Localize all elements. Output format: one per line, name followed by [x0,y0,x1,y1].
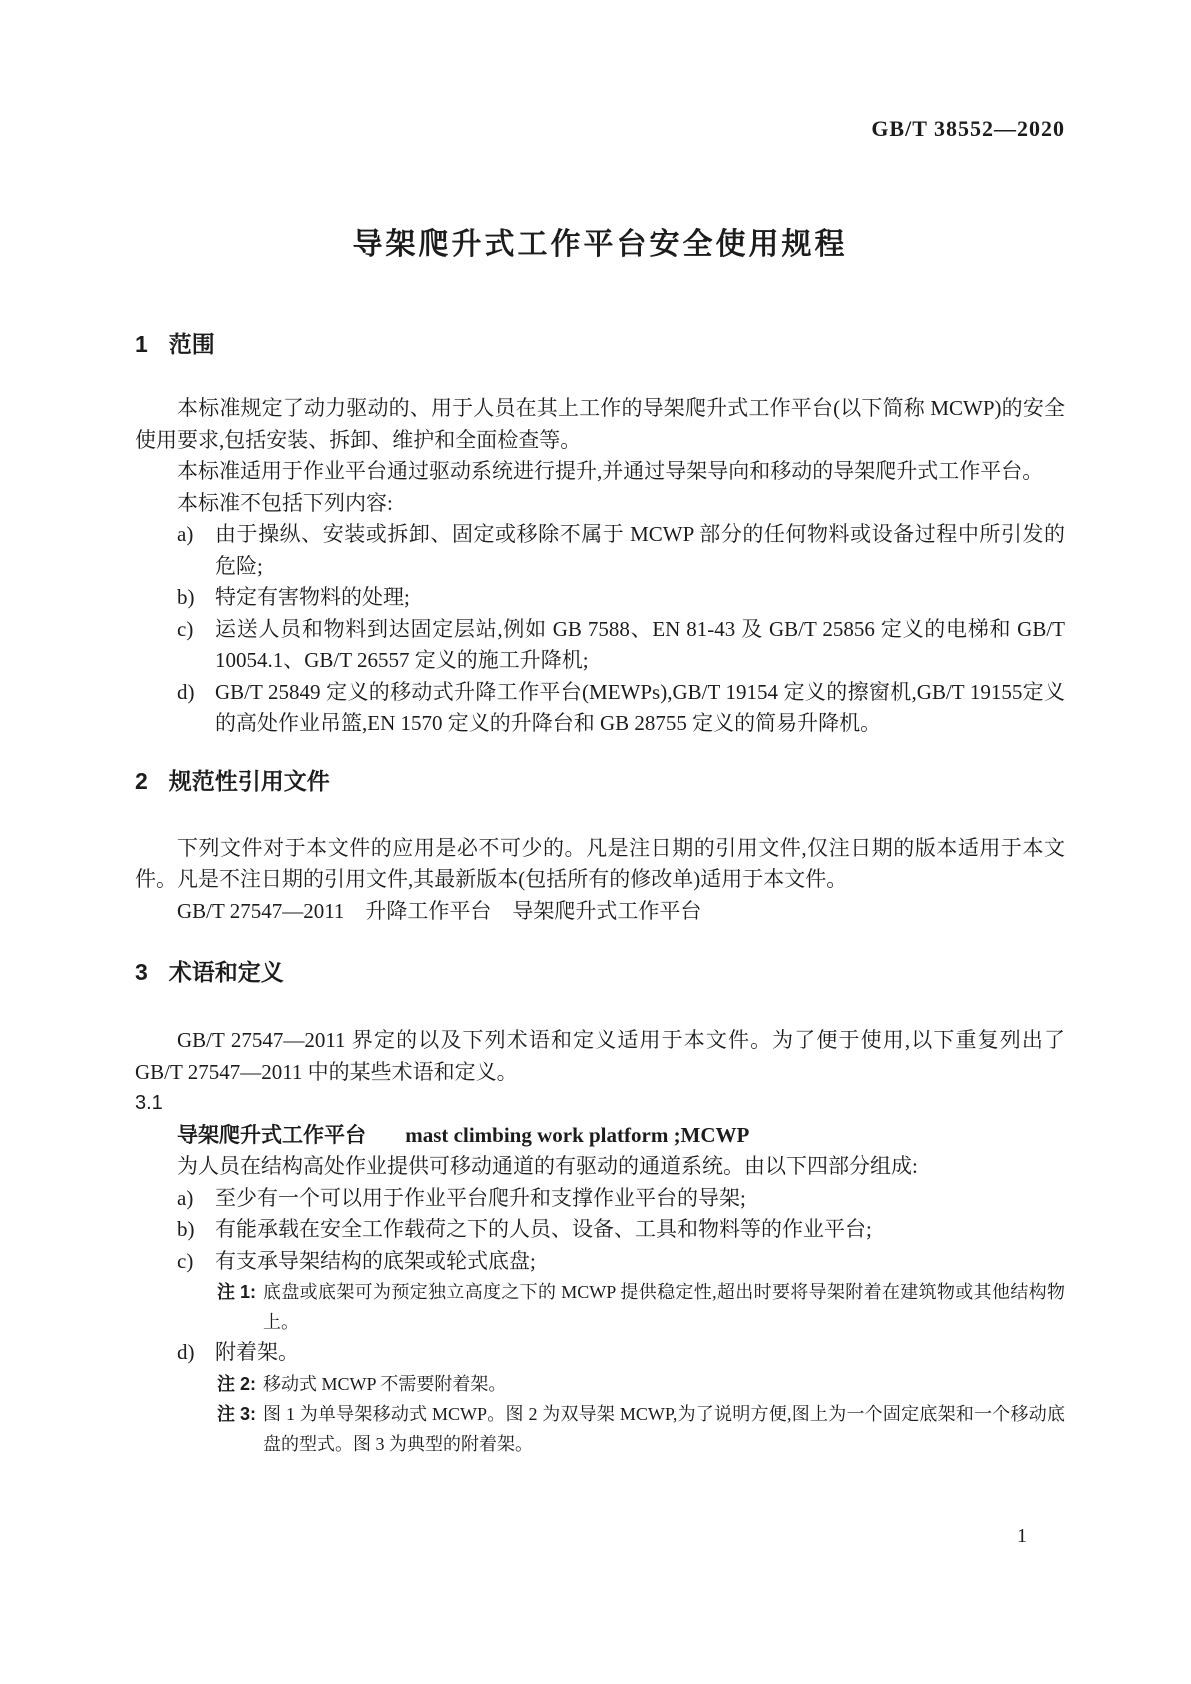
note-label: 注 2: [217,1369,263,1399]
section-3-heading: 3 术语和定义 [135,960,1065,984]
term-item-c: c) 有支承导架结构的底架或轮式底盘; [135,1246,1065,1278]
note-label: 注 3: [217,1399,263,1459]
list-item-text: 由于操纵、安装或拆卸、固定或移除不属于 MCWP 部分的任何物料或设备过程中所引… [215,519,1065,582]
list-item-text: 运送人员和物料到达固定层站,例如 GB 7588、EN 81-43 及 GB/T… [215,614,1065,677]
list-item-label: b) [177,582,215,614]
list-item-label: c) [177,1246,215,1278]
note-text: 移动式 MCWP 不需要附着架。 [263,1369,1065,1399]
section-1-item-b: b) 特定有害物料的处理; [135,582,1065,614]
section-1-heading: 1 范围 [135,332,1065,356]
list-item-label: d) [177,677,215,740]
term-name-chinese: 导架爬升式工作平台 [177,1124,366,1147]
page-number: 1 [1004,1524,1040,1548]
section-2-paragraph: 下列文件对于本文件的应用是必不可少的。凡是注日期的引用文件,仅注日期的版本适用于… [135,833,1065,896]
term-item-d: d) 附着架。 [135,1337,1065,1369]
list-item-label: c) [177,614,215,677]
section-2-heading: 2 规范性引用文件 [135,769,1065,793]
list-item-text: 至少有一个可以用于作业平台爬升和支撑作业平台的导架; [215,1183,1065,1215]
list-item-text: 特定有害物料的处理; [215,582,1065,614]
section-3-paragraph: GB/T 27547—2011 界定的以及下列术语和定义适用于本文件。为了便于使… [135,1025,1065,1088]
section-1-paragraph-2: 本标准适用于作业平台通过驱动系统进行提升,并通过导架导向和移动的导架爬升式工作平… [135,456,1065,488]
section-2-number: 2 [135,769,148,793]
section-1-number: 1 [135,332,148,356]
list-item-text: 附着架。 [215,1337,1065,1369]
list-item-label: a) [177,519,215,582]
term-note-3: 注 3: 图 1 为单导架移动式 MCWP。图 2 为双导架 MCWP,为了说明… [135,1399,1065,1459]
note-text: 底盘或底架可为预定独立高度之下的 MCWP 提供稳定性,超出时要将导架附着在建筑… [263,1277,1065,1337]
document-page: GB/T 38552—2020 导架爬升式工作平台安全使用规程 1 范围 本标准… [0,0,1191,1684]
list-item-label: d) [177,1337,215,1369]
section-2-title: 规范性引用文件 [169,769,330,793]
list-item-label: b) [177,1214,215,1246]
list-item-label: a) [177,1183,215,1215]
list-item-text: 有能承载在安全工作载荷之下的人员、设备、工具和物料等的作业平台; [215,1214,1065,1246]
section-1-item-d: d) GB/T 25849 定义的移动式升降工作平台(MEWPs),GB/T 1… [135,677,1065,740]
section-1-item-a: a) 由于操纵、安装或拆卸、固定或移除不属于 MCWP 部分的任何物料或设备过程… [135,519,1065,582]
note-text: 图 1 为单导架移动式 MCWP。图 2 为双导架 MCWP,为了说明方便,图上… [263,1399,1065,1459]
document-title: 导架爬升式工作平台安全使用规程 [135,230,1065,260]
list-item-text: 有支承导架结构的底架或轮式底盘; [215,1246,1065,1278]
section-3-number: 3 [135,960,148,984]
section-2-reference: GB/T 27547—2011 升降工作平台 导架爬升式工作平台 [135,896,1065,928]
term-note-1: 注 1: 底盘或底架可为预定独立高度之下的 MCWP 提供稳定性,超出时要将导架… [135,1277,1065,1337]
term-name-english: mast climbing work platform ;MCWP [405,1123,749,1147]
term-item-b: b) 有能承载在安全工作载荷之下的人员、设备、工具和物料等的作业平台; [135,1214,1065,1246]
term-item-a: a) 至少有一个可以用于作业平台爬升和支撑作业平台的导架; [135,1183,1065,1215]
section-1-paragraph-3: 本标准不包括下列内容: [135,488,1065,520]
term-note-2: 注 2: 移动式 MCWP 不需要附着架。 [135,1369,1065,1399]
section-1-title: 范围 [169,332,215,356]
note-label: 注 1: [217,1277,263,1337]
list-item-text: GB/T 25849 定义的移动式升降工作平台(MEWPs),GB/T 1915… [215,677,1065,740]
page-content: GB/T 38552—2020 导架爬升式工作平台安全使用规程 1 范围 本标准… [135,0,1065,1459]
term-definition: 为人员在结构高处作业提供可移动通道的有驱动的通道系统。由以下四部分组成: [135,1151,1065,1183]
standard-code: GB/T 38552—2020 [135,0,1065,142]
term-number: 3.1 [135,1088,1065,1120]
term-heading: 导架爬升式工作平台 mast climbing work platform ;M… [135,1120,1065,1152]
section-1-paragraph-1: 本标准规定了动力驱动的、用于人员在其上工作的导架爬升式工作平台(以下简称 MCW… [135,393,1065,456]
section-3-title: 术语和定义 [169,960,284,984]
section-1-item-c: c) 运送人员和物料到达固定层站,例如 GB 7588、EN 81-43 及 G… [135,614,1065,677]
